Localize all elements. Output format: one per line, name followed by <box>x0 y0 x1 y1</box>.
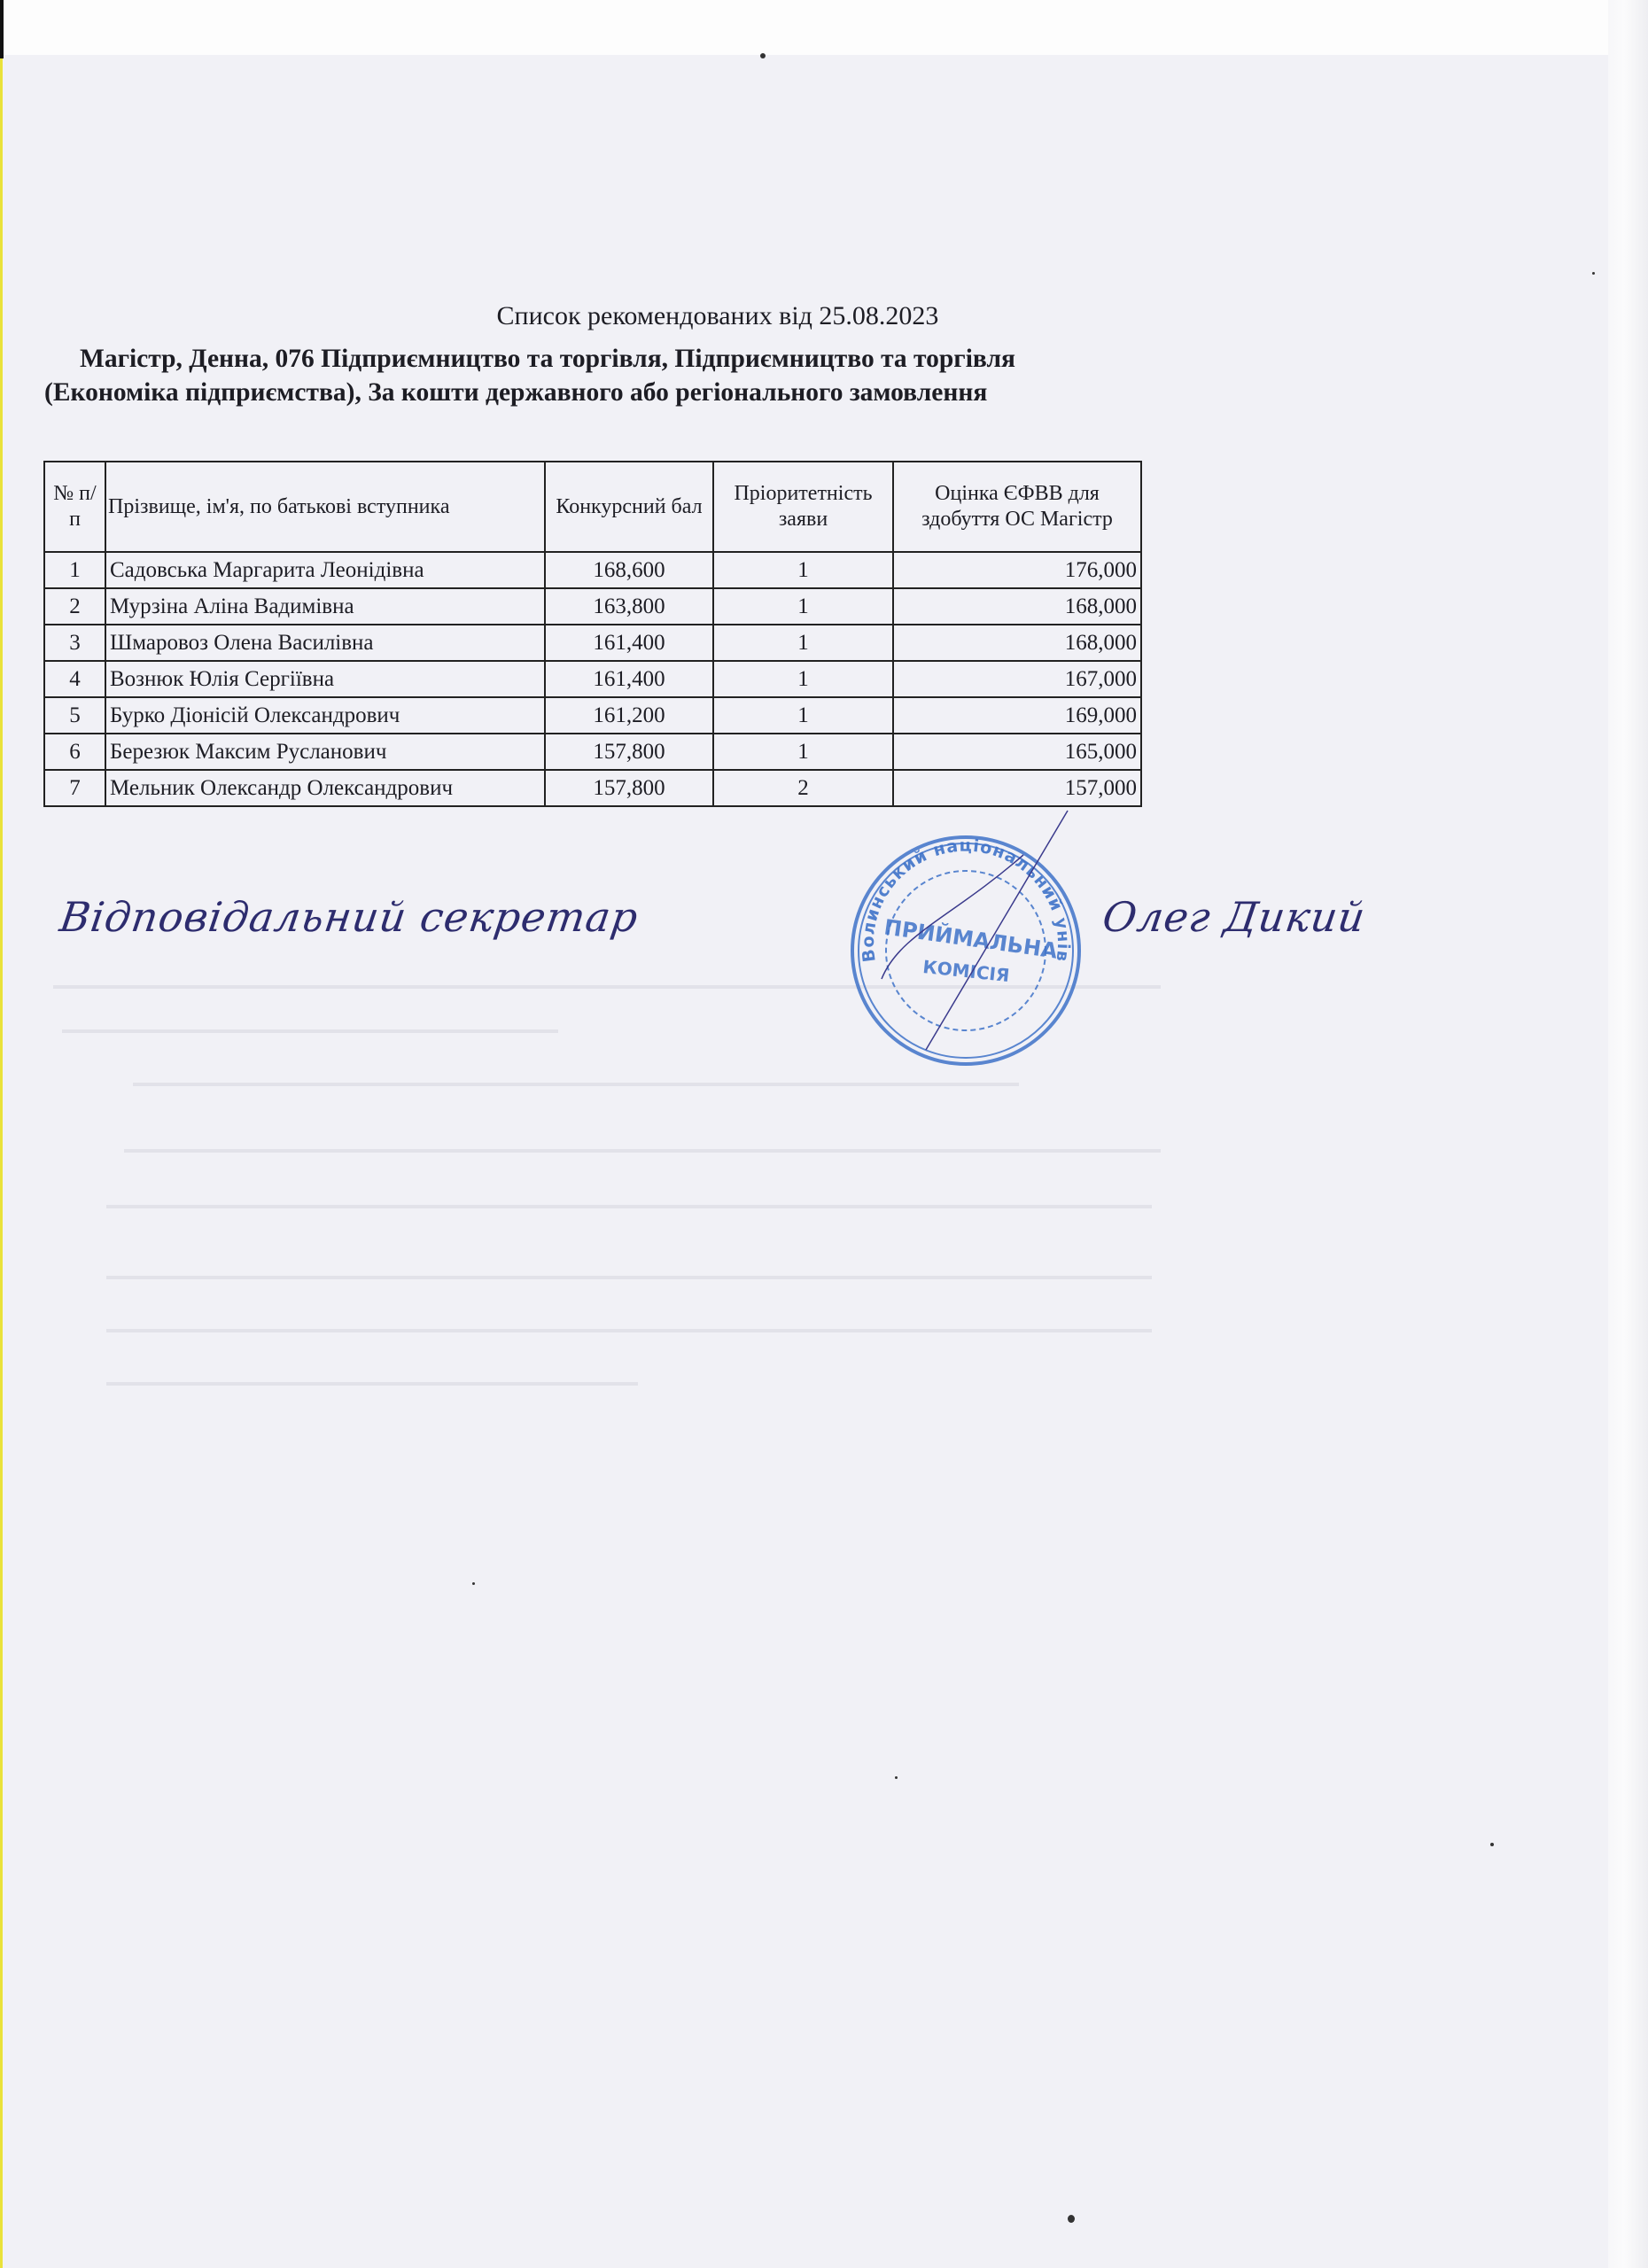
applicant-name: Садовська Маргарита Леонідівна <box>105 552 545 588</box>
scanner-background-right <box>1608 0 1648 2268</box>
table-row: 6Березюк Максим Русланович157,8001165,00… <box>44 734 1141 770</box>
exam-score: 176,000 <box>893 552 1141 588</box>
applicant-name: Шмаровоз Олена Василівна <box>105 625 545 661</box>
scanner-edge-line <box>0 58 3 2268</box>
applicant-name: Мурзіна Аліна Вадимівна <box>105 588 545 625</box>
applicant-name: Бурко Діонісій Олександрович <box>105 697 545 734</box>
signature-role: Відповідальний секретар <box>57 893 641 941</box>
bleed-through-line <box>106 1205 1152 1208</box>
dust-speck <box>760 53 766 58</box>
applicant-name: Вознюк Юлія Сергіївна <box>105 661 545 697</box>
exam-score: 168,000 <box>893 588 1141 625</box>
row-number: 3 <box>44 625 105 661</box>
application-priority: 1 <box>713 734 893 770</box>
competitive-score: 161,400 <box>545 661 713 697</box>
admissions-stamp: Волинський національний університет імен… <box>846 802 1085 1094</box>
header-priority: Пріоритетність заяви <box>713 462 893 552</box>
table-row: 2Мурзіна Аліна Вадимівна163,8001168,000 <box>44 588 1141 625</box>
exam-score: 167,000 <box>893 661 1141 697</box>
application-priority: 1 <box>713 661 893 697</box>
application-priority: 1 <box>713 625 893 661</box>
header-number: № п/п <box>44 462 105 552</box>
dust-speck <box>1068 2215 1075 2223</box>
bleed-through-line <box>124 1149 1161 1153</box>
exam-score: 168,000 <box>893 625 1141 661</box>
exam-score: 169,000 <box>893 697 1141 734</box>
table-row: 7Мельник Олександр Олександрович157,8002… <box>44 770 1141 806</box>
document-title-text: Список рекомендованих від 25.08.2023 <box>497 301 939 331</box>
table-header-row: № п/п Прізвище, ім'я, по батькові вступн… <box>44 462 1141 552</box>
applicant-name: Березюк Максим Русланович <box>105 734 545 770</box>
bleed-through-line <box>106 1382 638 1386</box>
competitive-score: 168,600 <box>545 552 713 588</box>
competitive-score: 161,200 <box>545 697 713 734</box>
competitive-score: 157,800 <box>545 734 713 770</box>
table-row: 4Вознюк Юлія Сергіївна161,4001167,000 <box>44 661 1141 697</box>
table-row: 3Шмаровоз Олена Василівна161,4001168,000 <box>44 625 1141 661</box>
header-exam: Оцінка ЄФВВ для здобуття ОС Магістр <box>893 462 1141 552</box>
competitive-score: 161,400 <box>545 625 713 661</box>
row-number: 5 <box>44 697 105 734</box>
bleed-through-line <box>106 1276 1152 1279</box>
exam-score: 165,000 <box>893 734 1141 770</box>
application-priority: 1 <box>713 588 893 625</box>
application-priority: 1 <box>713 552 893 588</box>
application-priority: 1 <box>713 697 893 734</box>
competitive-score: 163,800 <box>545 588 713 625</box>
signature-name: Олег Дикий <box>1100 893 1368 941</box>
document-subtitle: Магістр, Денна, 076 Підприємництво та то… <box>44 342 1152 409</box>
svg-text:ПРИЙМАЛЬНА: ПРИЙМАЛЬНА <box>882 913 1060 963</box>
scanner-background-top <box>4 0 1648 55</box>
row-number: 4 <box>44 661 105 697</box>
dust-speck <box>895 1776 898 1779</box>
row-number: 2 <box>44 588 105 625</box>
application-priority: 2 <box>713 770 893 806</box>
bleed-through-line <box>106 1329 1152 1332</box>
dust-speck <box>1592 272 1595 275</box>
row-number: 7 <box>44 770 105 806</box>
row-number: 1 <box>44 552 105 588</box>
header-name: Прізвище, ім'я, по батькові вступника <box>105 462 545 552</box>
row-number: 6 <box>44 734 105 770</box>
table-row: 1Садовська Маргарита Леонідівна168,60011… <box>44 552 1141 588</box>
bleed-through-line <box>62 1029 558 1033</box>
dust-speck <box>1490 1843 1494 1846</box>
exam-score: 157,000 <box>893 770 1141 806</box>
applicant-name: Мельник Олександр Олександрович <box>105 770 545 806</box>
scanner-edge <box>0 0 4 58</box>
recommended-applicants-table: № п/п Прізвище, ім'я, по батькові вступн… <box>43 461 1142 807</box>
dust-speck <box>472 1582 475 1585</box>
header-score: Конкурсний бал <box>545 462 713 552</box>
competitive-score: 157,800 <box>545 770 713 806</box>
document-title: Список рекомендованих від 25.08.2023 <box>0 301 1648 331</box>
table-row: 5Бурко Діонісій Олександрович161,2001169… <box>44 697 1141 734</box>
